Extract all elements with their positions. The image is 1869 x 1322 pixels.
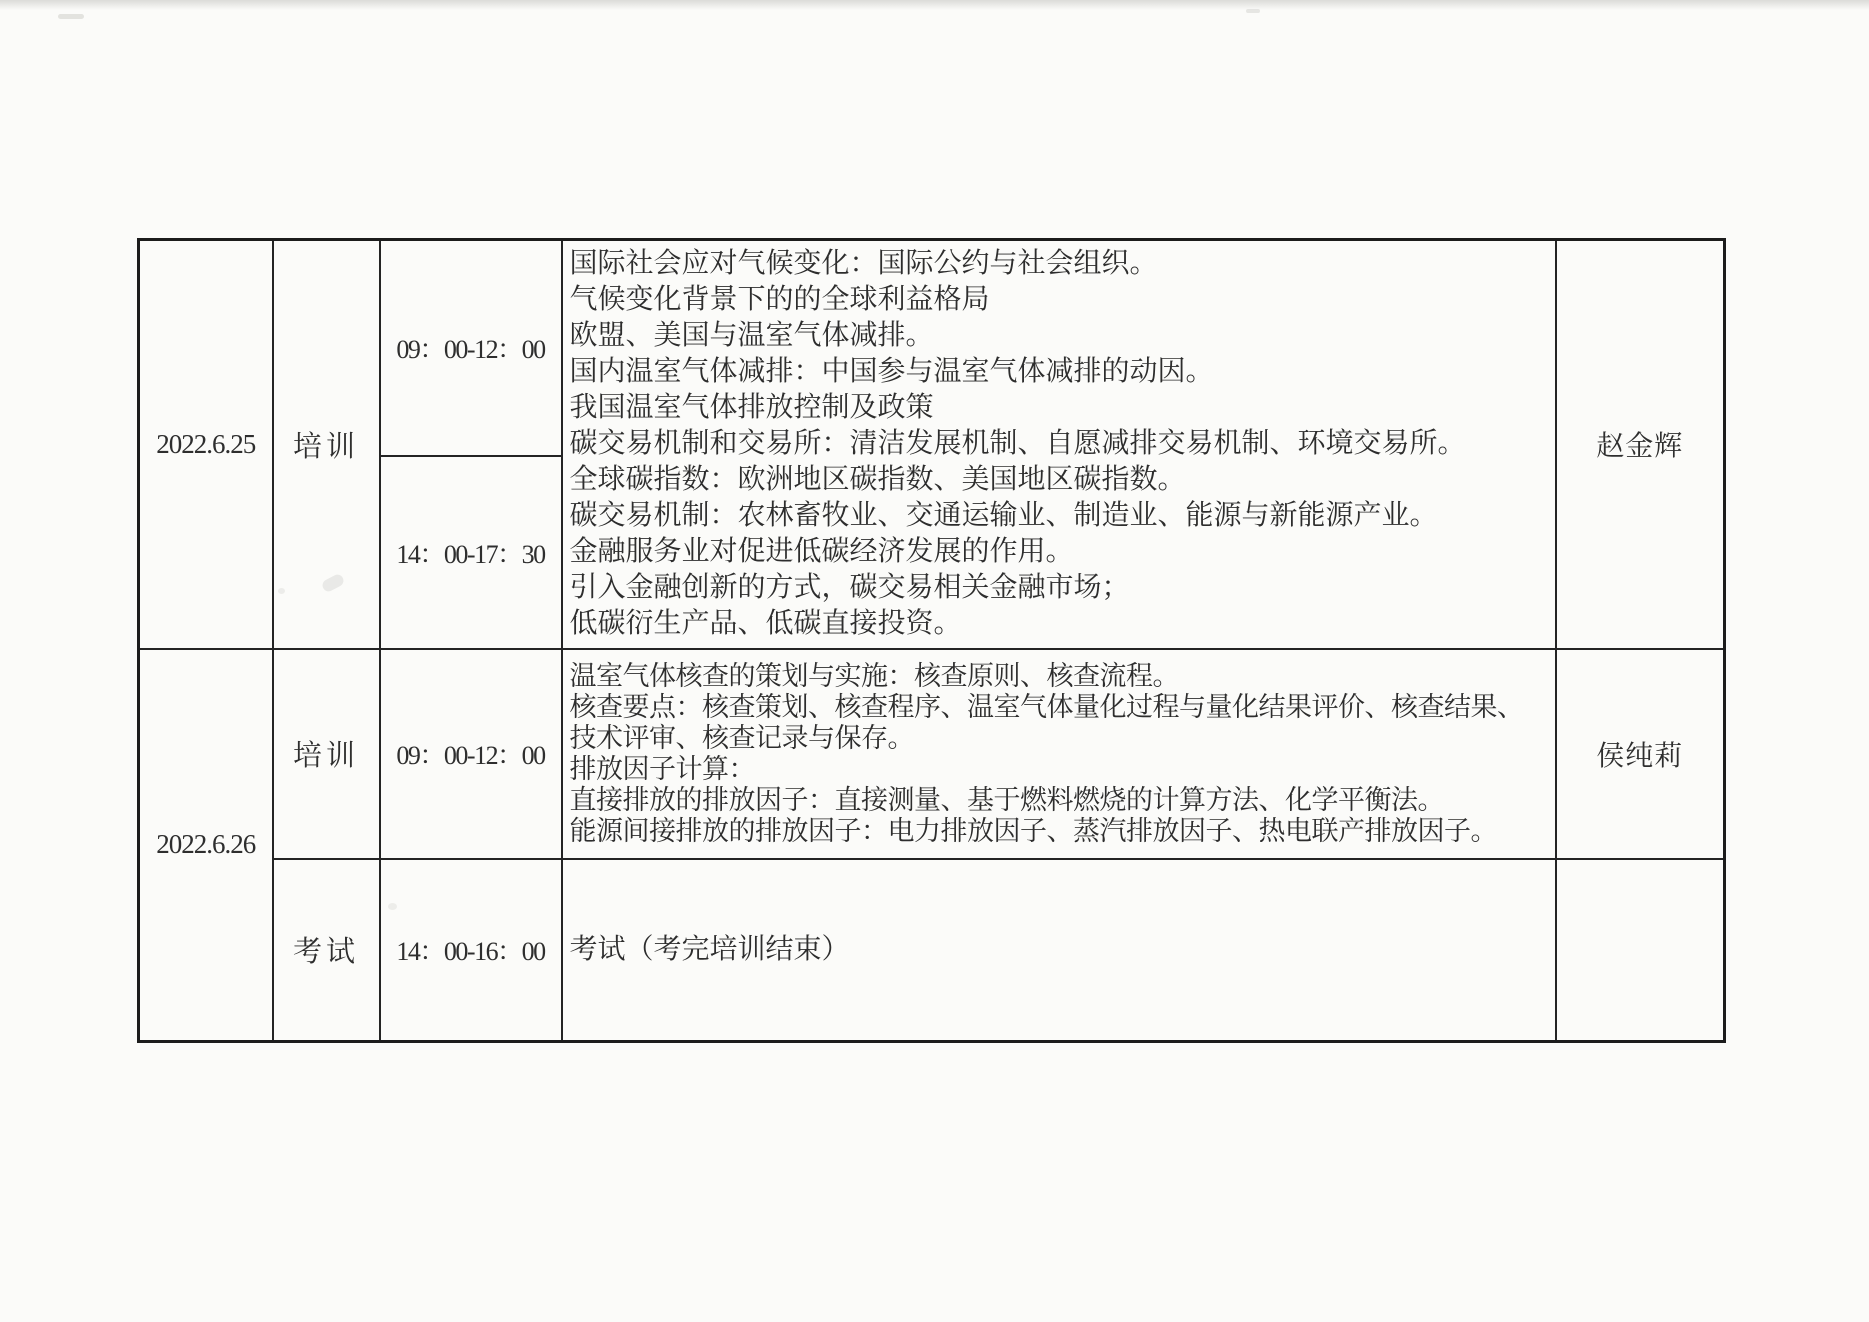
content-cell-jun26-training: 温室气体核查的策划与实施：核查原则、核查流程。 核查要点：核查策划、核查程序、温… xyxy=(562,649,1556,859)
topic-line: 我国温室气体排放控制及政策 xyxy=(570,390,1551,426)
content-cell-jun26-exam: 考试（考完培训结束） xyxy=(562,859,1556,1042)
topic-line: 引入金融创新的方式，碳交易相关金融市场； xyxy=(570,570,1551,606)
time-cell-jun25-afternoon: 14：00-17：30 xyxy=(380,456,562,649)
time-cell-jun26-exam: 14：00-16：00 xyxy=(380,859,562,1042)
topic-line: 全球碳指数：欧洲地区碳指数、美国地区碳指数。 xyxy=(570,462,1551,498)
topic-line: 碳交易机制和交易所：清洁发展机制、自愿减排交易机制、环境交易所。 xyxy=(570,426,1551,462)
activity-type-cell-jun26-exam: 考试 xyxy=(273,859,380,1042)
topic-line: 国际社会应对气候变化：国际公约与社会组织。 xyxy=(570,246,1551,282)
topic-line: 气候变化背景下的的全球利益格局 xyxy=(570,282,1551,318)
row-jun26-exam: 考试 14：00-16：00 考试（考完培训结束） xyxy=(139,859,1725,1042)
topic-line: 能源间接排放的排放因子：电力排放因子、蒸汽排放因子、热电联产排放因子。 xyxy=(570,816,1551,847)
training-schedule-table: 2022.6.25 培训 09：00-12：00 国际社会应对气候变化：国际公约… xyxy=(137,238,1726,1043)
date-cell-jun26: 2022.6.26 xyxy=(139,649,273,1042)
content-cell-jun25: 国际社会应对气候变化：国际公约与社会组织。 气候变化背景下的的全球利益格局 欧盟… xyxy=(562,240,1556,649)
activity-type-cell-jun26-training: 培训 xyxy=(273,649,380,859)
activity-type-cell-jun25: 培训 xyxy=(273,240,380,649)
instructor-cell-jun26: 侯纯莉 xyxy=(1556,649,1725,859)
topic-line: 低碳衍生产品、低碳直接投资。 xyxy=(570,606,1551,642)
topic-line: 温室气体核查的策划与实施：核查原则、核查流程。 xyxy=(570,661,1551,692)
scan-speck xyxy=(1246,9,1260,13)
row-jun26-training: 2022.6.26 培训 09：00-12：00 温室气体核查的策划与实施：核查… xyxy=(139,649,1725,859)
instructor-cell-jun26-exam-empty xyxy=(1556,859,1725,1042)
date-cell-jun25: 2022.6.25 xyxy=(139,240,273,649)
topic-line: 碳交易机制：农林畜牧业、交通运输业、制造业、能源与新能源产业。 xyxy=(570,498,1551,534)
scan-speck xyxy=(58,14,84,19)
topic-line: 排放因子计算： xyxy=(570,754,1551,785)
topic-line: 金融服务业对促进低碳经济发展的作用。 xyxy=(570,534,1551,570)
topic-line: 欧盟、美国与温室气体减排。 xyxy=(570,318,1551,354)
topic-line: 技术评审、核查记录与保存。 xyxy=(570,723,1551,754)
time-cell-jun26-morning: 09：00-12：00 xyxy=(380,649,562,859)
scan-top-edge-shadow xyxy=(0,0,1869,10)
row-jun25-morning: 2022.6.25 培训 09：00-12：00 国际社会应对气候变化：国际公约… xyxy=(139,240,1725,456)
topic-line: 考试（考完培训结束） xyxy=(570,933,1551,967)
topic-line: 国内温室气体减排：中国参与温室气体减排的动因。 xyxy=(570,354,1551,390)
time-cell-jun25-morning: 09：00-12：00 xyxy=(380,240,562,456)
topic-line: 直接排放的排放因子：直接测量、基于燃料燃烧的计算方法、化学平衡法。 xyxy=(570,785,1551,816)
topic-line: 核查要点：核查策划、核查程序、温室气体量化过程与量化结果评价、核查结果、 xyxy=(570,692,1551,723)
instructor-cell-jun25: 赵金辉 xyxy=(1556,240,1725,649)
